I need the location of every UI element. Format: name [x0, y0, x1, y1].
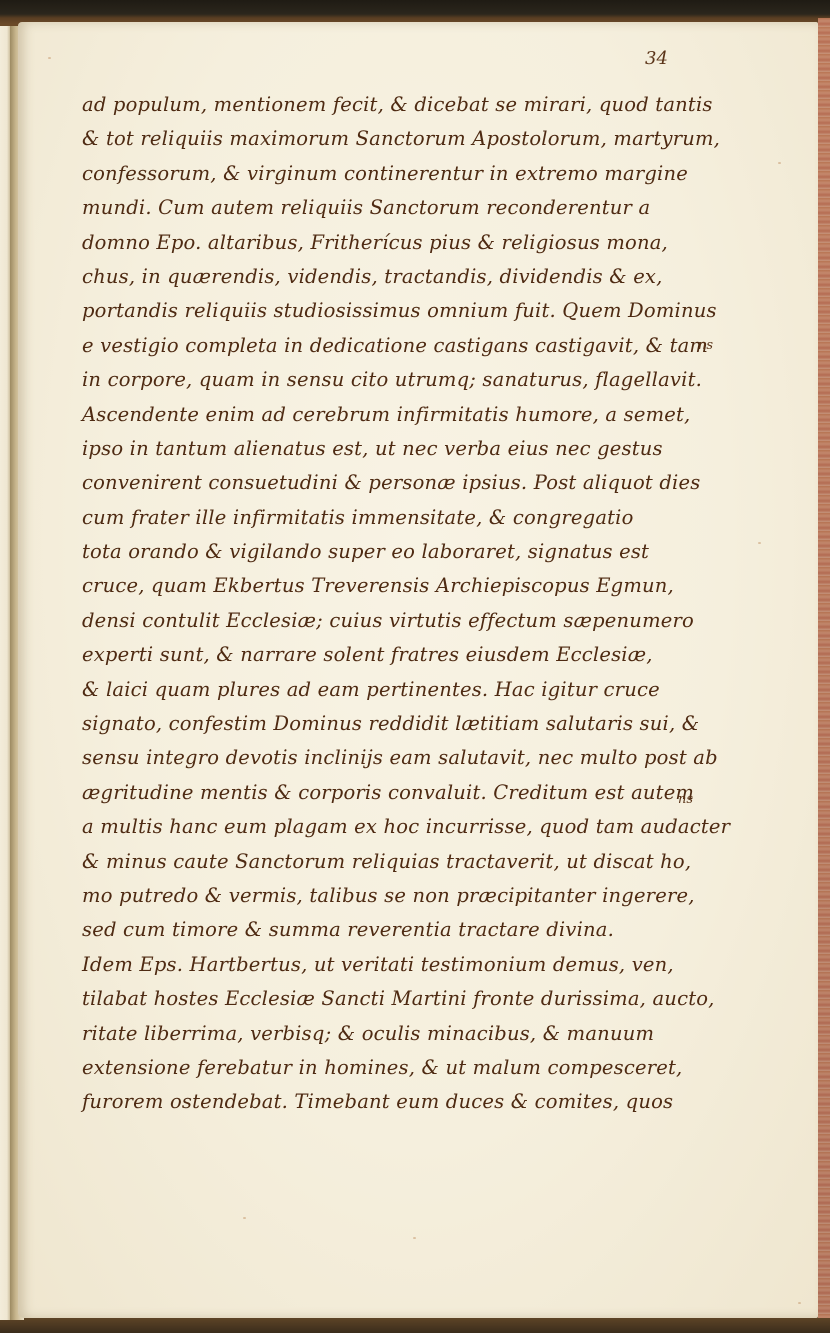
text-line: a multis hanc eum plagam ex hoc incurris… [82, 810, 682, 844]
text-line: & minus caute Sanctorum reliquias tracta… [82, 845, 682, 879]
text-line: chus, in quærendis, videndis, tractandis… [82, 260, 682, 294]
text-line: & laici quam plures ad eam pertinentes. … [82, 673, 682, 707]
red-page-edge [818, 18, 830, 1318]
text-line: extensione ferebatur in homines, & ut ma… [82, 1051, 682, 1085]
text-line: cruce, quam Ekbertus Treverensis Archiep… [82, 569, 682, 603]
paper-speck [413, 1237, 416, 1239]
text-line: & tot reliquiis maximorum Sanctorum Apos… [82, 122, 682, 156]
text-line: sensu integro devotis inclinijs eam salu… [82, 741, 682, 775]
text-line: in corpore, quam in sensu cito utrumq; s… [82, 363, 682, 397]
paper-speck [48, 57, 51, 59]
text-line: ægritudine mentis & corporis convaluit. … [82, 776, 682, 810]
text-line: confessorum, & virginum continerentur in… [82, 157, 682, 191]
previous-page-edge [0, 26, 10, 1320]
folio-number: 34 [645, 48, 668, 69]
manuscript-text: ad populum, mentionem fecit, & dicebat s… [82, 88, 682, 1120]
text-line: furorem ostendebat. Timebant eum duces &… [82, 1085, 682, 1119]
text-line: ad populum, mentionem fecit, & dicebat s… [82, 88, 682, 122]
text-line: Idem Eps. Hartbertus, ut veritati testim… [82, 948, 682, 982]
paper-speck [798, 1302, 801, 1304]
text-line: convenirent consuetudini & personæ ipsiu… [82, 466, 682, 500]
margin-note: ns [678, 792, 693, 807]
text-line: sed cum timore & summa reverentia tracta… [82, 913, 682, 947]
text-line: domno Epo. altaribus, Fritherícus pius &… [82, 226, 682, 260]
text-line: experti sunt, & narrare solent fratres e… [82, 638, 682, 672]
text-line: Ascendente enim ad cerebrum infirmitatis… [82, 398, 682, 432]
margin-note: ns [698, 338, 713, 353]
paper-speck [243, 1217, 246, 1219]
text-line: e vestigio completa in dedicatione casti… [82, 329, 682, 363]
text-line: portandis reliquiis studiosissimus omniu… [82, 294, 682, 328]
text-line: cum frater ille infirmitatis immensitate… [82, 501, 682, 535]
text-line: densi contulit Ecclesiæ; cuius virtutis … [82, 604, 682, 638]
text-line: ritate liberrima, verbisq; & oculis mina… [82, 1017, 682, 1051]
paper-speck [758, 542, 761, 544]
text-line: ipso in tantum alienatus est, ut nec ver… [82, 432, 682, 466]
text-line: signato, confestim Dominus reddidit læti… [82, 707, 682, 741]
text-line: tota orando & vigilando super eo laborar… [82, 535, 682, 569]
text-line: mo putredo & vermis, talibus se non præc… [82, 879, 682, 913]
text-line: tilabat hostes Ecclesiæ Sancti Martini f… [82, 982, 682, 1016]
manuscript-scan: 34 ad populum, mentionem fecit, & diceba… [0, 0, 830, 1333]
paper-speck [778, 162, 781, 164]
text-line: mundi. Cum autem reliquiis Sanctorum rec… [82, 191, 682, 225]
